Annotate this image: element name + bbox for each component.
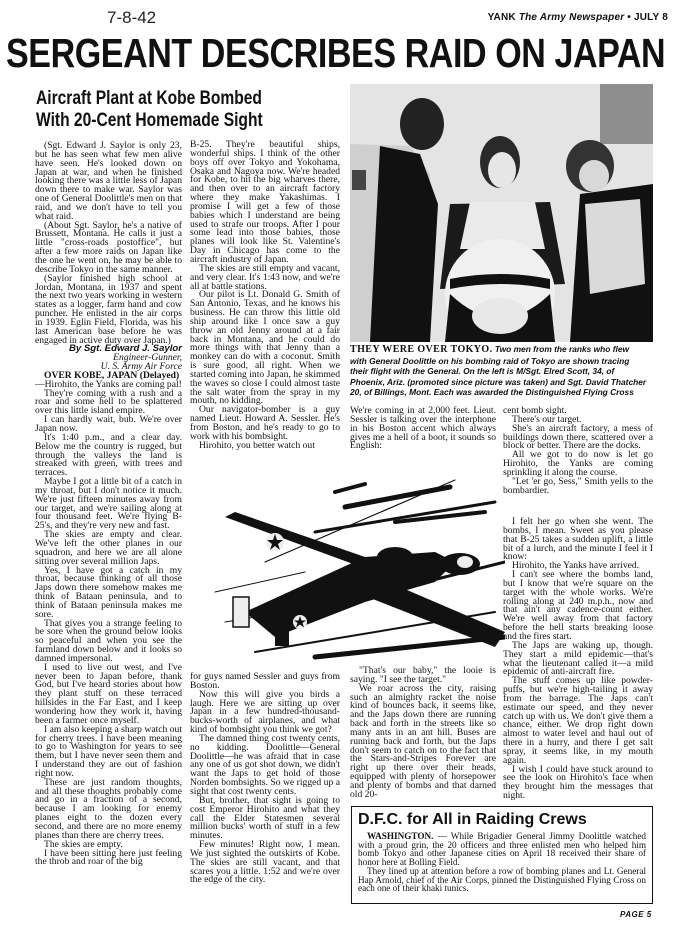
body-paragraph: The skies are empty and clear. We've lef… xyxy=(35,531,182,566)
masthead-separator: • xyxy=(627,12,631,23)
body-paragraph: The skies are still empty and vacant, an… xyxy=(190,265,340,292)
body-paragraph: That gives you a strange feeling to be s… xyxy=(35,620,182,664)
body-paragraph: I am also keeping a sharp watch out for … xyxy=(35,726,182,779)
caption-line: their flight with the General. On the le… xyxy=(350,366,660,377)
subhead-line-1: Aircraft Plant at Kobe Bombed xyxy=(36,88,263,110)
article-column-3-top: We're coming in at 2,000 feet. Lieut. Se… xyxy=(350,407,496,451)
body-paragraph: I have been sitting here just feeling th… xyxy=(35,850,182,868)
dfc-sidebar-box: D.F.C. for All in Raiding Crews WASHINGT… xyxy=(351,806,653,904)
masthead-issue: JULY 8 xyxy=(634,12,668,23)
body-paragraph: Our pilot is Lt. Donald G. Smith of San … xyxy=(190,291,340,406)
body-paragraph: Our navigator-bomber is a guy named Lieu… xyxy=(190,406,340,441)
sidebar-title: D.F.C. for All in Raiding Crews xyxy=(358,810,646,830)
body-paragraph: The stuff comes up like powder-puffs, bu… xyxy=(503,677,653,765)
body-paragraph: These are just random thoughts, and all … xyxy=(35,779,182,841)
intro-paragraph: (About Sgt. Saylor, he's a native of Bru… xyxy=(35,222,182,275)
body-paragraph: Hirohito, you better watch out xyxy=(190,442,340,451)
body-paragraph: B-25. They're beautiful ships, wonderful… xyxy=(190,141,340,265)
sidebar-body: WASHINGTON. — While Brigadier General Ji… xyxy=(358,832,646,893)
subhead: Aircraft Plant at Kobe Bombed With 20-Ce… xyxy=(36,88,263,132)
caption-line: 20, of Billings, Mont. Each was awarded … xyxy=(350,387,660,398)
body-paragraph: Yes, I have got a catch in my throat, be… xyxy=(35,567,182,620)
caption-lead: THEY WERE OVER TOKYO. xyxy=(350,344,493,355)
body-paragraph: They're coming with a rush and a roar an… xyxy=(35,390,182,417)
headline: SERGEANT DESCRIBES RAID ON JAPAN xyxy=(6,30,686,76)
body-paragraph: Few minutes! Right now, I mean. We just … xyxy=(190,841,340,885)
body-paragraph: We're coming in at 2,000 feet. Lieut. Se… xyxy=(350,407,496,451)
intro-paragraph: (Sgt. Edward J. Saylor is only 23, but h… xyxy=(35,142,182,222)
body-paragraph: It's 1:40 p.m., and a clear day. Below m… xyxy=(35,434,182,478)
masthead: YANK The Army Newspaper • JULY 8 xyxy=(488,12,668,23)
photo-caption: THEY WERE OVER TOKYO. Two men from the r… xyxy=(350,344,660,398)
body-paragraph: But, brother, that sight is going to cos… xyxy=(190,797,340,841)
page-number: PAGE 5 xyxy=(620,910,652,919)
body-paragraph: She's an aircraft factory, a mess of bui… xyxy=(503,425,653,452)
body-paragraph: I can't see where the bombs land, but I … xyxy=(503,571,653,642)
article-column-4-bottom: I felt her go when she went. The bombs, … xyxy=(503,518,653,801)
body-paragraph: Maybe I got a little bit of a catch in m… xyxy=(35,478,182,531)
masthead-subtitle: The Army Newspaper xyxy=(519,12,625,23)
caption-line: with General Doolittle on his bombing ra… xyxy=(350,356,660,367)
caption-line: Phoenix, Ariz. (promoted since picture w… xyxy=(350,377,660,388)
article-column-2-top: B-25. They're beautiful ships, wonderful… xyxy=(190,141,340,451)
article-column-3-bottom: "That's our baby," the looie is saying. … xyxy=(350,667,496,800)
body-paragraph: All we got to do now is let go Hirohito,… xyxy=(503,451,653,478)
article-column-2-bottom: for guys named Sessler and guys from Bos… xyxy=(190,673,340,885)
body-paragraph: We roar across the city, raising such an… xyxy=(350,685,496,800)
photo-men-with-globe xyxy=(350,84,653,342)
body-paragraph: The damned thing cost twenty cents, no k… xyxy=(190,735,340,797)
subhead-line-2: With 20-Cent Homemade Sight xyxy=(36,110,263,132)
date-stamp: 7-8-42 xyxy=(107,8,156,28)
body-paragraph: "Let 'er go, Sess," Smith yells to the b… xyxy=(503,478,653,496)
masthead-name: YANK xyxy=(488,12,516,23)
body-paragraph: I felt her go when she went. The bombs, … xyxy=(503,518,653,562)
body-paragraph: The Japs are waking up, though. They sta… xyxy=(503,642,653,677)
article-column-1: (Sgt. Edward J. Saylor is only 23, but h… xyxy=(35,142,182,867)
bomber-illustration xyxy=(195,462,505,662)
body-paragraph: I wish I could have stuck around to see … xyxy=(503,766,653,801)
article-column-4-top: cent bomb sight. There's our target. She… xyxy=(503,407,653,495)
intro-paragraph: (Saylor finished high school at Jordan, … xyxy=(35,275,182,346)
sidebar-paragraph: They lined up at attention before a row … xyxy=(358,867,646,893)
body-paragraph: I used to live out west, and I've never … xyxy=(35,664,182,726)
body-paragraph: Now this will give you birds a laugh. He… xyxy=(190,691,340,735)
